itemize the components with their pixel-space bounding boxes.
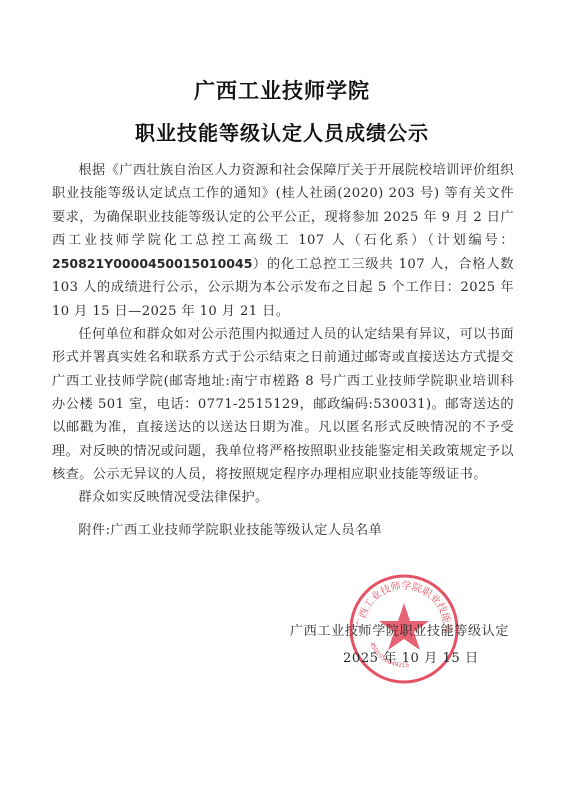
notice-body: 根据《广西壮族自治区人力资源和社会保障厅关于开展院校培训评价组织职业技能等级认定… (52, 159, 514, 543)
signature-org: 广西工业技师学院职业技能等级认定 (290, 620, 509, 639)
plan-number: 250821Y0000450015010045 (52, 256, 252, 271)
paragraph-attachment: 附件:广西工业技师学院职业技能等级认定人员名单 (52, 519, 514, 542)
signature-date: 2025 年 10 月 15 日 (343, 647, 479, 666)
paragraph-objection: 任何单位和群众如对公示范围内拟通过人员的认定结果有异议，可以书面形式并署真实姓名… (52, 323, 514, 486)
org-title: 广西工业技师学院 (0, 75, 564, 105)
notice-title: 职业技能等级认定人员成绩公示 (0, 117, 564, 146)
paragraph-basis: 根据《广西壮族自治区人力资源和社会保障厅关于开展院校培训评价组织职业技能等级认定… (52, 159, 514, 323)
paragraph-protection: 群众如实反映情况受法律保护。 (52, 486, 514, 509)
